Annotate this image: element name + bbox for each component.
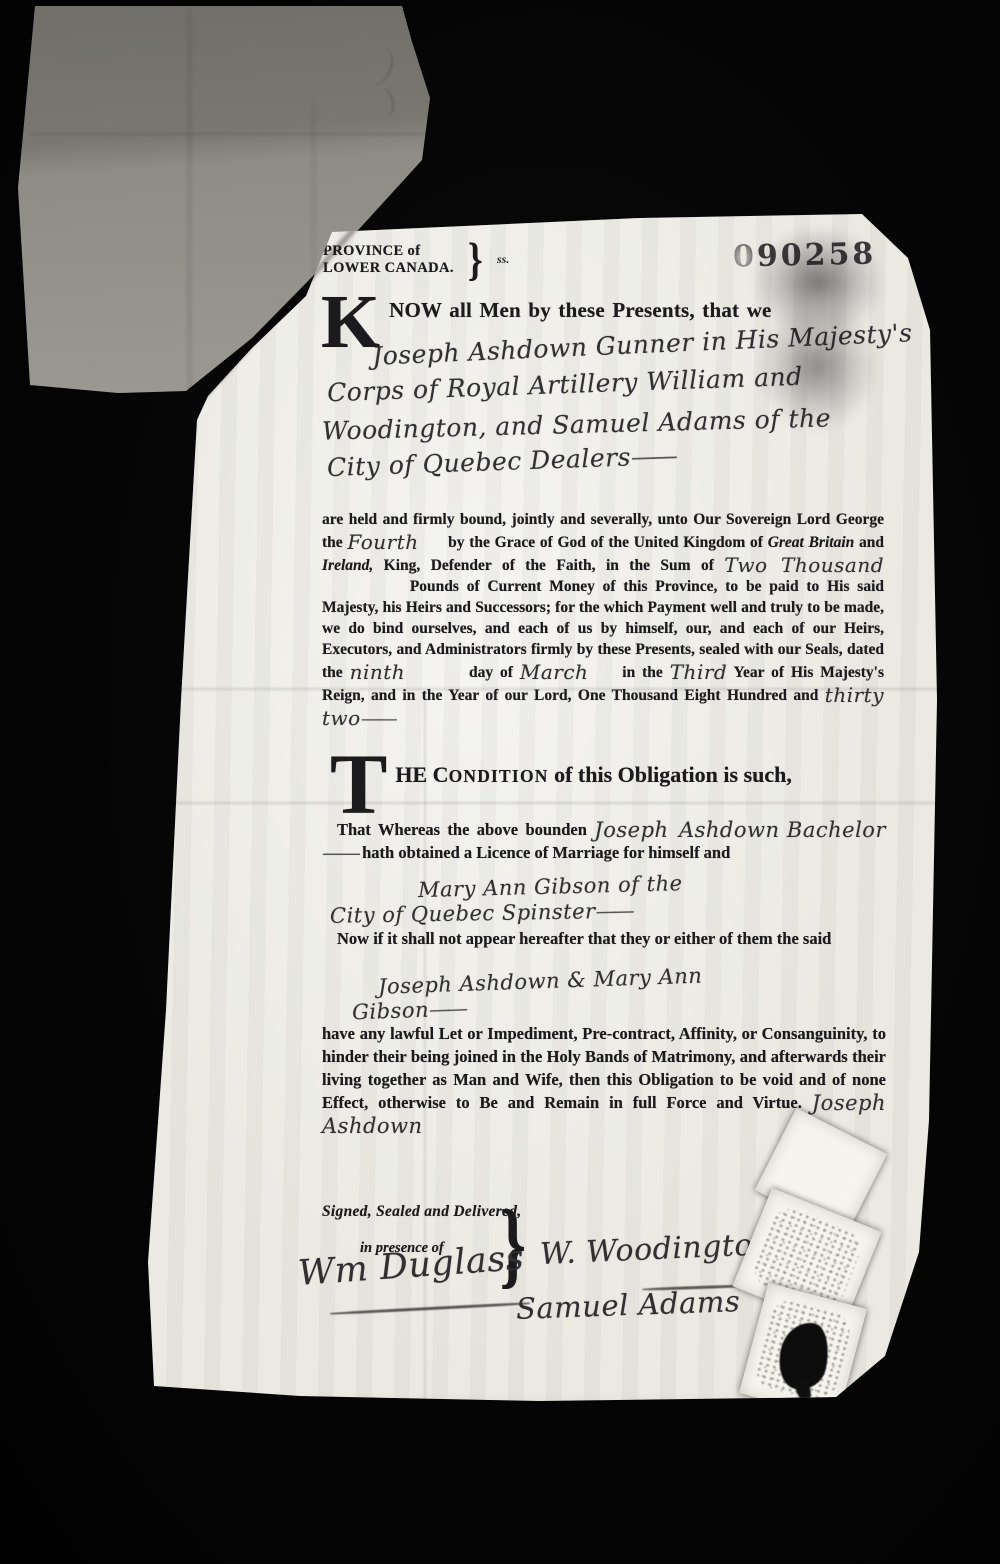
hw-regnal-year: Third	[670, 660, 727, 684]
handwritten-parties-line-4: City of Quebec Dealers	[327, 441, 676, 482]
witness-signature: Wm Duglass	[297, 1238, 526, 1294]
condition-paragraph-2: Now if it shall not appear hereafter tha…	[322, 927, 886, 950]
condition-printed-1: That Whereas the above bounden	[337, 820, 587, 839]
signature-underline	[330, 1302, 530, 1315]
bond-printed-3: and	[859, 534, 884, 551]
hw-groom-name: Joseph Ashdown	[594, 818, 779, 842]
condition-printed-2: hath obtained a Licence of Marriage for …	[362, 843, 730, 862]
province-caption: PROVINCE of LOWER CANADA.	[323, 243, 454, 277]
fold-crease	[188, 8, 191, 390]
pencil-mark	[358, 42, 399, 90]
bond-printed-2: by the Grace of God of the United Kingdo…	[448, 534, 763, 551]
bond-italic-place-1: Great Britain	[768, 534, 855, 551]
condition-paragraph-1: That Whereas the above bounden Joseph As…	[322, 818, 886, 864]
province-line-1: PROVINCE of	[323, 243, 454, 260]
microfilm-photo: PROVINCE of LOWER CANADA. } ss. 090258 K…	[0, 0, 1000, 1564]
jurisdiction-abbrev: ss.	[497, 252, 509, 267]
province-line-2: LOWER CANADA.	[323, 260, 454, 277]
surety-signature-2: Samuel Adams	[515, 1284, 740, 1326]
hw-month: March	[520, 660, 589, 684]
fold-crease	[30, 133, 425, 135]
condition-clause-body: That Whereas the above bounden Joseph As…	[322, 818, 886, 1137]
bond-printed-8: Year of His Majesty's Reign, and in the …	[322, 664, 884, 704]
condition-heading-end: of this Obligation is such,	[549, 762, 792, 787]
hw-day: ninth	[350, 660, 406, 684]
condition-clause-heading: T HE CONDITION of this Obligation is suc…	[330, 750, 792, 819]
bond-italic-place-2: Ireland,	[322, 557, 373, 574]
attestation-line-1: Signed, Sealed and Delivered,	[322, 1203, 521, 1221]
condition-heading-smallcaps: ONDITION	[449, 766, 549, 786]
hw-monarch: Fourth	[347, 530, 418, 554]
hw-sum: Two Thousand	[724, 553, 884, 577]
pencil-mark	[370, 86, 397, 119]
ink-smudge	[756, 300, 878, 432]
bond-printed-6: day of	[469, 664, 513, 681]
bond-printed-7: in the	[622, 664, 663, 681]
surety-signature-1: W. Woodington	[539, 1227, 773, 1272]
handwritten-parties-line-3: Woodington, and Samuel Adams of the	[322, 403, 832, 445]
know-clause-text: NOW all Men by these Presents, that we	[389, 291, 771, 323]
condition-heading-start: HE C	[395, 762, 448, 787]
hw-bride-line-2: City of Quebec Spinster	[330, 896, 886, 927]
hw-bride-line-1: Mary Ann Gibson of the	[418, 868, 886, 901]
condition-heading-text: HE CONDITION of this Obligation is such,	[395, 750, 792, 788]
bond-printed-4: King, Defender of the Faith, in the Sum …	[384, 557, 714, 574]
condition-printed-4: have any lawful Let or Impediment, Pre-c…	[322, 1024, 886, 1112]
dropcap-t: T	[330, 750, 387, 819]
header-brace: }	[468, 233, 483, 287]
bond-clause-paragraph: are held and firmly bound, jointly and s…	[322, 509, 884, 729]
